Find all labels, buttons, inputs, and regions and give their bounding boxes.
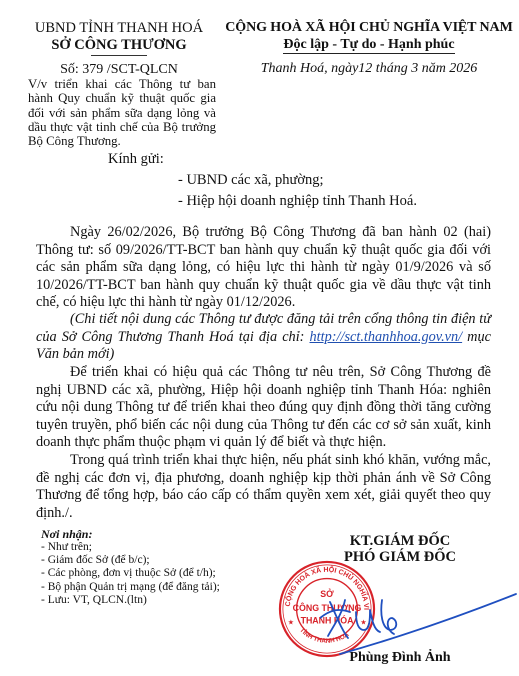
nation-title: CỘNG HOÀ XÃ HỘI CHỦ NGHĨA VIỆT NAM — [224, 19, 514, 36]
body-paragraph-3: Để triển khai có hiệu quả các Thông tư n… — [36, 364, 491, 452]
distribution-item: - Các phòng, đơn vị thuộc Sở (để t/h); — [41, 567, 220, 580]
addressee-label: Kính gửi: — [108, 151, 164, 168]
addressee-item: - UBND các xã, phường; — [178, 170, 417, 191]
distribution-item: - Giám đốc Sở (để b/c); — [41, 554, 220, 567]
agency-name: SỞ CÔNG THƯƠNG — [20, 37, 218, 54]
issuing-agency-block: UBND TỈNH THANH HOÁ SỞ CÔNG THƯƠNG Số: 3… — [20, 20, 218, 79]
addressee-list: - UBND các xã, phường; - Hiệp hội doanh … — [178, 170, 417, 212]
distribution-item: - Lưu: VT, QLCN.(ltn) — [41, 594, 220, 607]
distribution-item: - Bộ phận Quản trị mạng (để đăng tải); — [41, 581, 220, 594]
distribution-title: Nơi nhận: — [41, 527, 220, 541]
agency-parent: UBND TỈNH THANH HOÁ — [20, 20, 218, 37]
national-header-block: CỘNG HOÀ XÃ HỘI CHỦ NGHĨA VIỆT NAM Độc l… — [224, 19, 514, 78]
body-paragraph-2: (Chi tiết nội dung các Thông tư được đăn… — [36, 311, 491, 364]
svg-text:★: ★ — [288, 619, 294, 627]
document-subject: V/v triển khai các Thông tư ban hành Quy… — [28, 77, 216, 148]
national-motto: Độc lập - Tự do - Hạnh phúc — [224, 36, 514, 53]
signer-name: Phùng Đình Ảnh — [300, 650, 500, 666]
motto-underline — [283, 53, 455, 54]
signature-line-1: KT.GIÁM ĐỐC — [300, 533, 500, 549]
body-paragraph-4: Trong quá trình triển khai thực hiện, nế… — [36, 452, 491, 522]
body-paragraph-1: Ngày 26/02/2026, Bộ trưởng Bộ Công Thươn… — [36, 224, 491, 312]
website-link[interactable]: http://sct.thanhhoa.gov.vn/ — [310, 329, 463, 345]
distribution-list: Nơi nhận: - Như trên; - Giám đốc Sở (để … — [41, 527, 220, 607]
distribution-item: - Như trên; — [41, 541, 220, 554]
agency-underline — [91, 55, 147, 56]
addressee-item: - Hiệp hội doanh nghiệp tỉnh Thanh Hoá. — [178, 191, 417, 212]
place-date: Thanh Hoá, ngày12 tháng 3 năm 2026 — [224, 60, 514, 78]
